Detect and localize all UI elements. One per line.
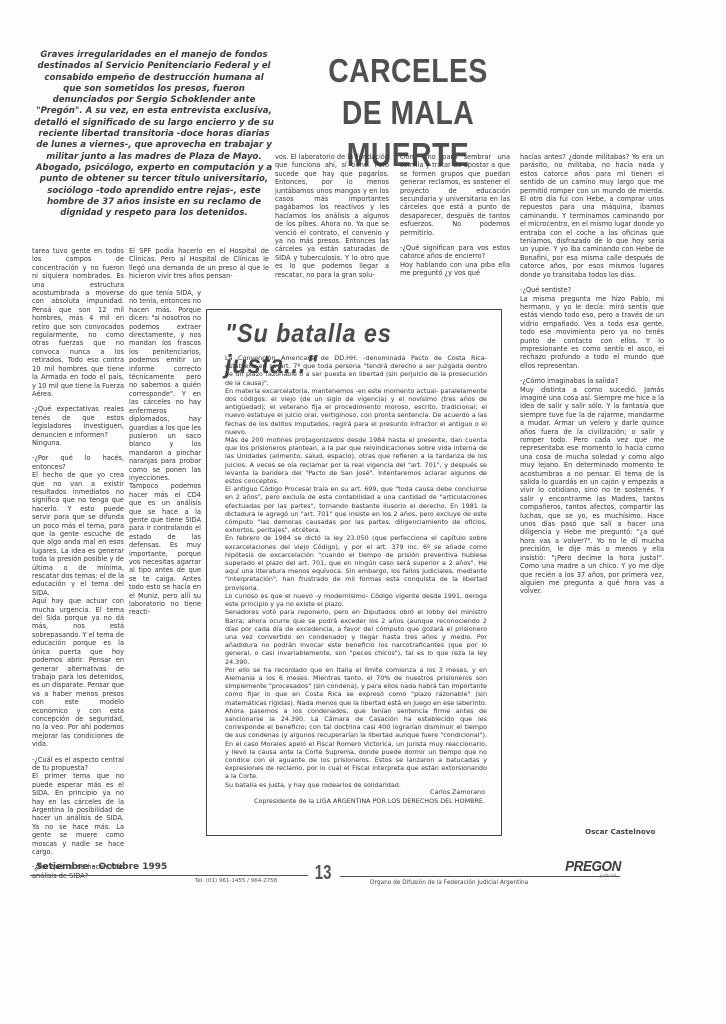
question: -¿Cuál es el aspecto central de tu propu… <box>32 756 124 773</box>
column-2-narrow: do que tenía SIDA, y no tenía, entonces … <box>129 289 201 617</box>
answer: La misma pregunta me hizo Pablo, mi herm… <box>520 295 664 371</box>
column-2-top: El SPF podía hacerlo en el Hospital de C… <box>129 247 269 281</box>
sidebar-paragraph: El antiguo Código Procesal traía en su a… <box>225 485 487 534</box>
sidebar-paragraph: En materia excarcelatoria, mantenemos -e… <box>225 387 487 436</box>
sidebar-signature: Carlos Zamorano Copresidente de la LIGA … <box>215 788 485 806</box>
sidebar-paragraph: Ahora pasemos a los condenados, que tení… <box>225 707 487 781</box>
paragraph: vos. El laboratorio de la Fundación que … <box>275 153 389 279</box>
sidebar-body: La Convención Americana de DD.HH. -denom… <box>225 354 487 789</box>
pregon-logo: PREGON <box>565 858 621 875</box>
answer: Muy distinta a como sucedió. Jamás imagi… <box>520 386 664 596</box>
footer-date: Setiembre - Octubre 1995 <box>36 862 167 872</box>
footer-phone: Tel. (01) 961-1455 / 964-2758 <box>195 878 277 884</box>
sidebar-paragraph: Senadores votó para reponerlo, pero en D… <box>225 608 487 665</box>
paragraph: ción, sino para sembrar una semilla y tr… <box>400 153 510 237</box>
answer: Aquí hay que actuar con mucha urgencia. … <box>32 597 124 748</box>
column-3: vos. El laboratorio de la Fundación que … <box>275 153 389 279</box>
sidebar-paragraph: Más de 200 motines protagonizados desde … <box>225 436 487 485</box>
signature-role: Copresidente de la LIGA ARGENTINA POR LO… <box>215 797 485 806</box>
answer: El hecho de que yo crea que no van a exi… <box>32 471 124 597</box>
footer-rule-left <box>30 875 308 876</box>
question: -¿Cómo imaginabas la salida? <box>520 377 664 385</box>
column-5: hacías antes? ¿donde militabas? Yo era u… <box>520 153 664 596</box>
headline-line-1: CARCELES DE MALA <box>307 50 510 134</box>
sidebar-box: "Su batalla es justa..." La Convención A… <box>206 309 502 836</box>
answer: Ninguna. <box>32 439 124 447</box>
column-1: tarea tuvo gente en todos los campos de … <box>32 247 124 887</box>
question: -¿Qué significan para vos estos catorce … <box>400 244 510 261</box>
paragraph: tarea tuvo gente en todos los campos de … <box>32 247 124 398</box>
lead-paragraph: Graves irregularidades en el manejo de f… <box>34 50 274 219</box>
page-number: 13 <box>315 862 332 885</box>
question: -¿Qué sentiste? <box>520 286 664 294</box>
answer: El primer tema que no puede esperar más … <box>32 772 124 856</box>
article-author: Oscar Castelnovo <box>585 827 655 836</box>
sidebar-paragraph: La Convención Americana de DD.HH. -denom… <box>225 354 487 387</box>
paragraph: do que tenía SIDA, y no tenía, entonces … <box>129 289 201 617</box>
sidebar-paragraph: Por ello se ha recordado que en Italia e… <box>225 666 487 707</box>
question: -¿Qué expectativas reales tenés de que e… <box>32 405 124 439</box>
sidebar-paragraph: Lo curioso es que el nuevo -y modernísim… <box>225 592 487 608</box>
paragraph: hacías antes? ¿donde militabas? Yo era u… <box>520 153 664 279</box>
column-4: ción, sino para sembrar una semilla y tr… <box>400 153 510 278</box>
pregon-logo-sub: judicial <box>600 874 616 879</box>
signature-name: Carlos Zamorano <box>215 788 485 797</box>
footer-organ: Organo de Difusión de la Federación Judi… <box>370 880 528 886</box>
answer: Hoy hablando con una piba ella me pregun… <box>400 261 510 278</box>
paragraph: El SPF podía hacerlo en el Hospital de C… <box>129 247 269 281</box>
footer-rule-right <box>340 876 620 877</box>
sidebar-paragraph: En febrero de 1984 se dictó la ley 23.05… <box>225 534 487 591</box>
question: -¿Por qué lo hacés, entonces? <box>32 454 124 471</box>
